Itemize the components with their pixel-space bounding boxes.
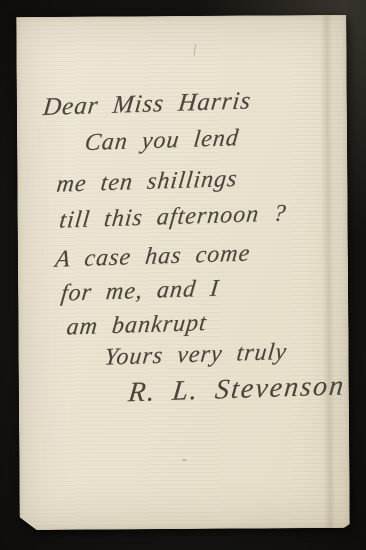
body-line-1: Can you lend — [84, 126, 241, 155]
body-line-2: me ten shillings — [55, 167, 238, 197]
body-line-5: for me, and I — [60, 277, 221, 306]
letter-paper: Dear Miss Harris Can you lend me ten shi… — [16, 15, 350, 530]
body-line-6: am bankrupt — [65, 311, 208, 339]
handwritten-letter-text: Dear Miss Harris Can you lend me ten shi… — [13, 13, 354, 533]
closing-line: Yours very truly — [103, 340, 288, 370]
paper-shadow: Dear Miss Harris Can you lend me ten shi… — [18, 16, 348, 529]
photo-backdrop: Dear Miss Harris Can you lend me ten shi… — [0, 0, 366, 550]
body-line-4: A case has come — [54, 242, 252, 272]
salutation-line: Dear Miss Harris — [42, 88, 253, 120]
signature-line: R. L. Stevenson — [127, 372, 347, 407]
body-line-3: till this afternoon ? — [58, 201, 288, 232]
